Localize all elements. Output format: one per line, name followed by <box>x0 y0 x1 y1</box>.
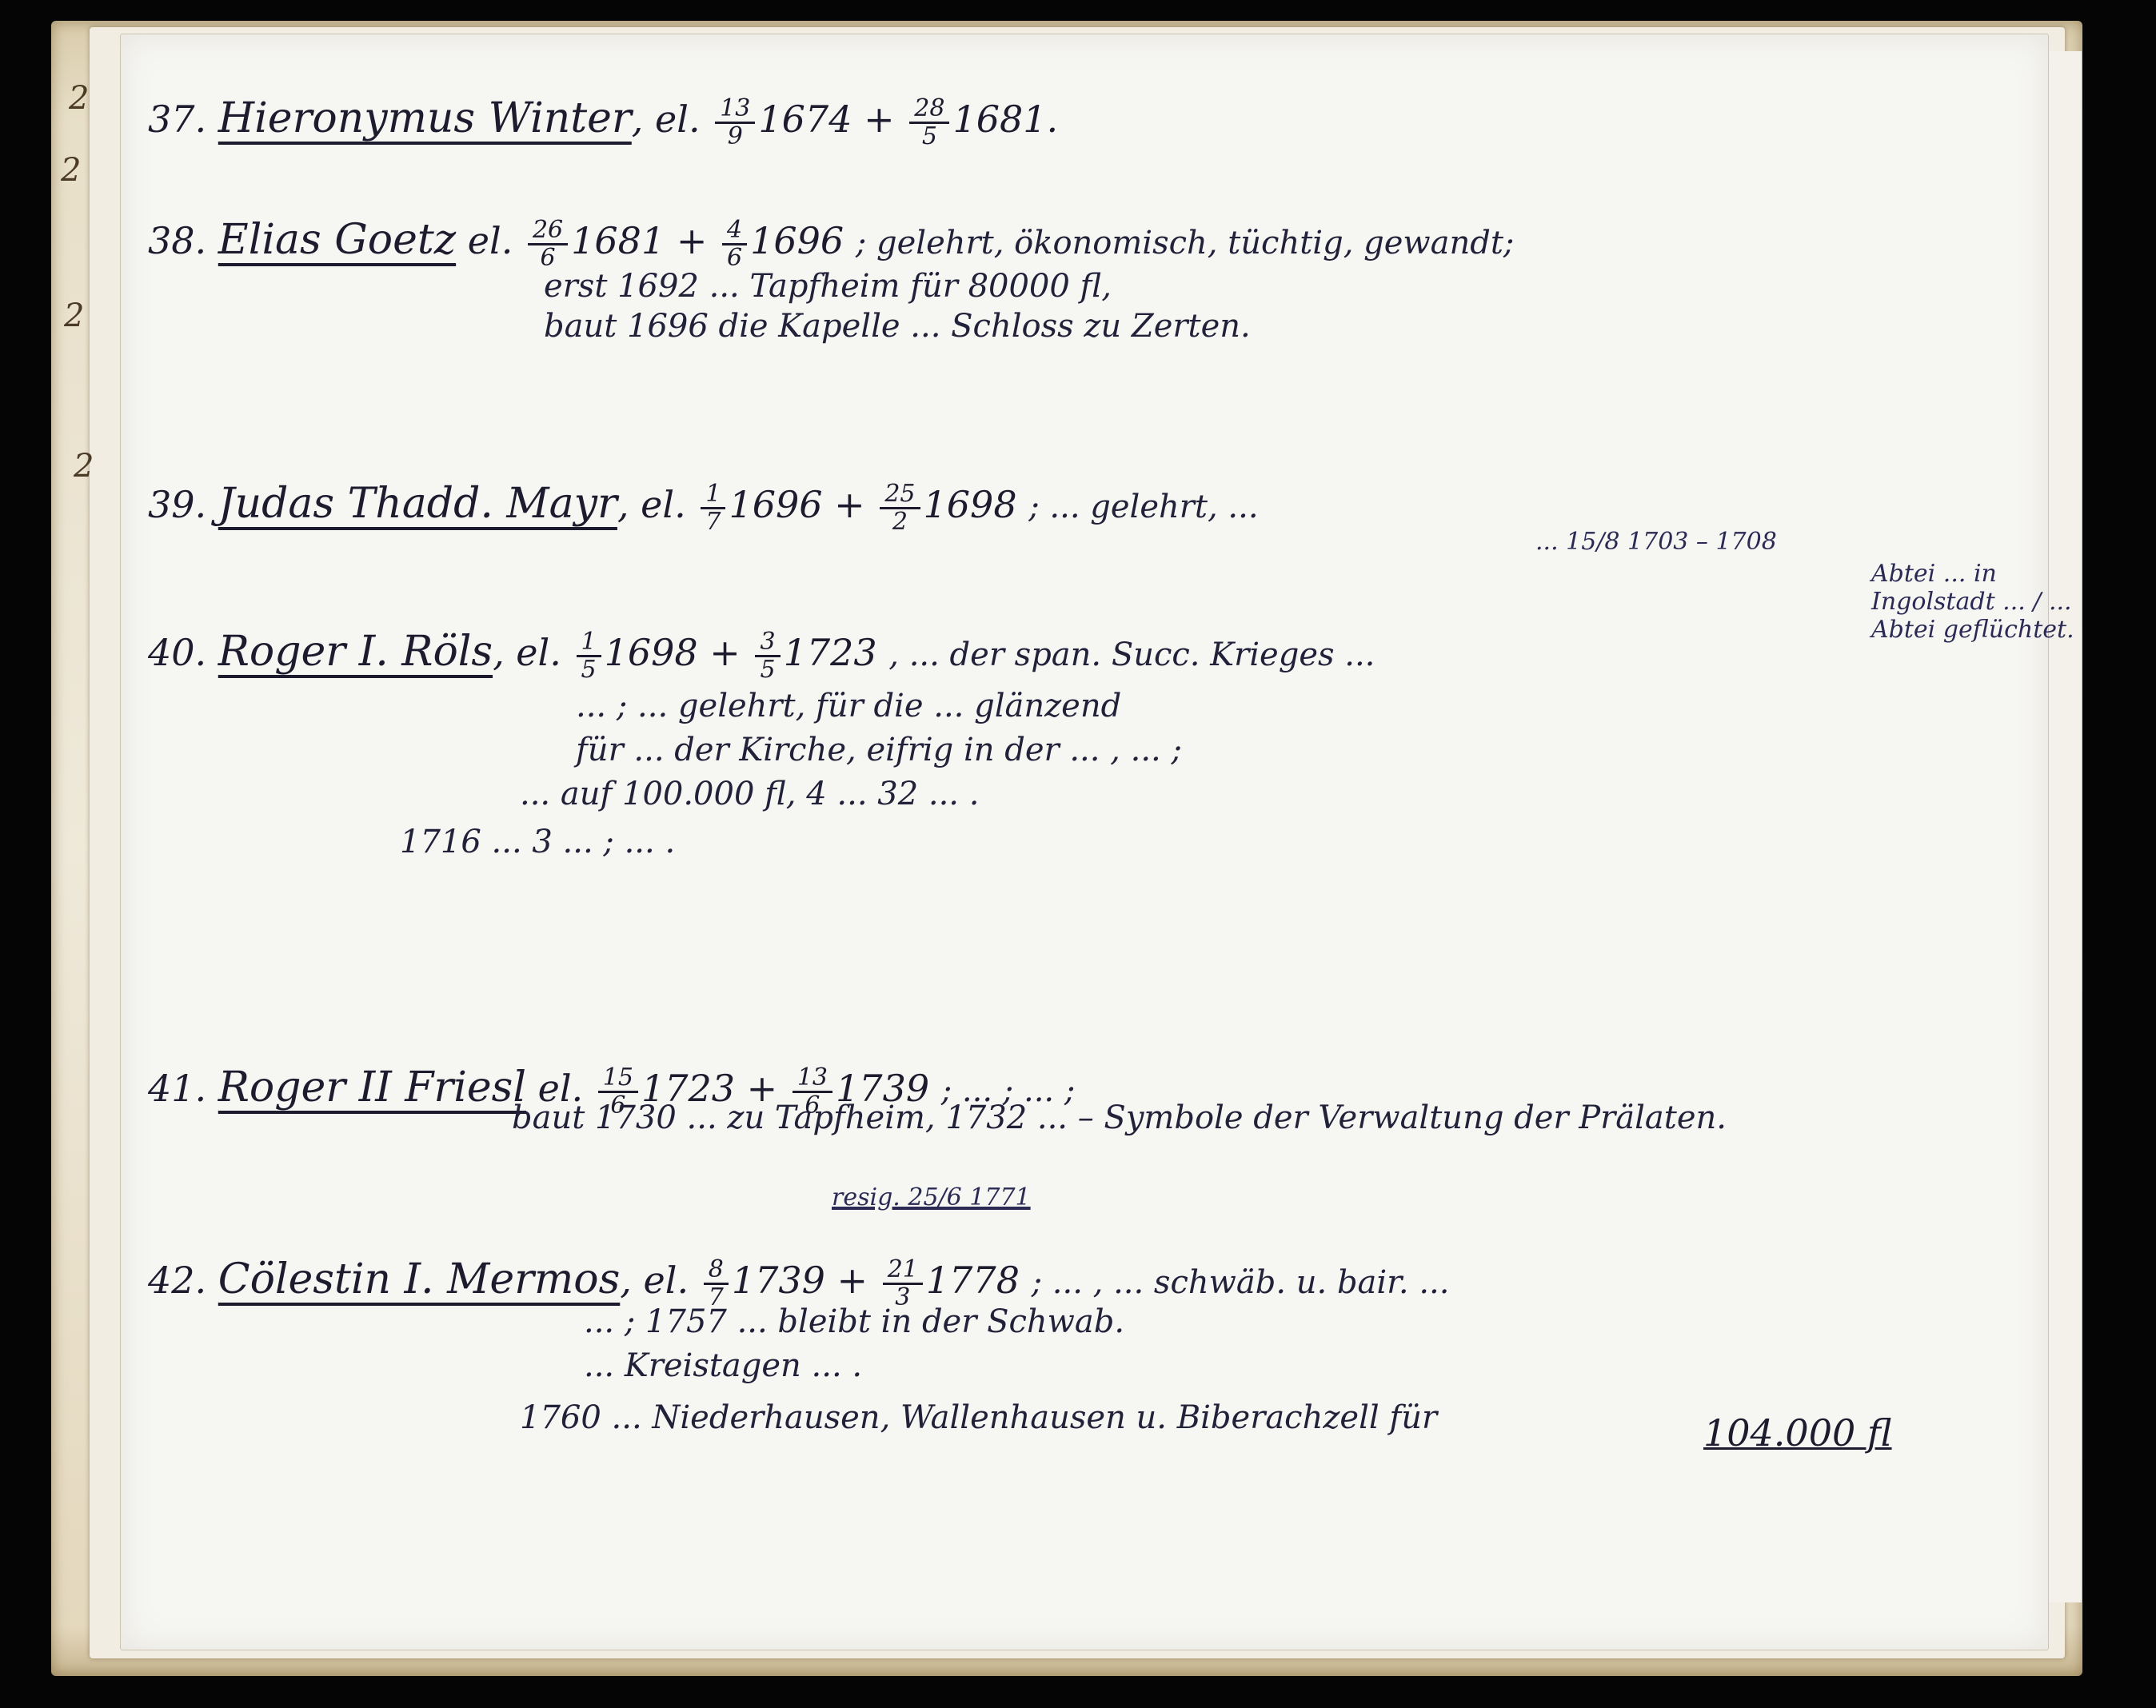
entry-38-line: erst 1692 ... Tapfheim für 80000 fl, <box>544 268 1112 305</box>
entry-38-line: baut 1696 die Kapelle ... Schloss zu Zer… <box>544 308 1251 345</box>
entry-42-note-above: resig. 25/6 1771 <box>832 1183 1031 1211</box>
entry-42: 42. Cölestin I. Mermos, el. 871739 + 213… <box>148 1255 1449 1311</box>
entry-name: Hieronymus Winter <box>218 94 632 142</box>
entry-name: Elias Goetz <box>218 216 456 264</box>
entry-40-line: für ... der Kirche, eifrig in der ... , … <box>576 732 1182 768</box>
death-date: 285 <box>909 96 949 150</box>
entry-name: Roger II Friesl <box>218 1064 526 1111</box>
margin-mark: 2 <box>64 297 84 334</box>
entry-39: 39. Judas Thadd. Mayr, el. 171696 + 2521… <box>148 480 1259 535</box>
entry-40-line: ... auf 100.000 fl, 4 ... 32 ... . <box>520 776 979 812</box>
entry-42-line: 1760 ... Niederhausen, Wallenhausen u. B… <box>520 1399 1437 1436</box>
entry-42-line: ... Kreistagen ... . <box>584 1347 862 1384</box>
entry-40: 40. Roger I. Röls, el. 151698 + 351723 ,… <box>148 628 1375 683</box>
margin-mark: 2 <box>61 152 81 189</box>
margin-mark: 2 <box>69 80 89 117</box>
entry-name: Cölestin I. Mermos <box>218 1255 621 1303</box>
margin-mark: 2 <box>74 448 94 485</box>
entry-name: Judas Thadd. Mayr <box>218 480 617 528</box>
entry-38: 38. Elias Goetz el. 2661681 + 461696 ; g… <box>148 216 1514 271</box>
entry-name: Roger I. Röls <box>218 628 493 676</box>
entry-40-note-above: ... 15/8 1703 – 1708 <box>1535 528 1777 556</box>
entry-40-line: ... ; ... gelehrt, für die ... glänzend <box>576 688 1121 724</box>
entry-37: 37. Hieronymus Winter, el. 1391674 + 285… <box>148 94 1058 150</box>
entry-40-margin-note: Abtei ... in Ingolstadt ... / ... Abtei … <box>1871 560 2079 644</box>
entry-41-line: baut 1730 ... zu Tapfheim, 1732 ... – Sy… <box>512 1099 1727 1136</box>
entry-42-amount: 104.000 fl <box>1703 1411 1892 1455</box>
entry-42-line: ... ; 1757 ... bleibt in der Schwab. <box>584 1303 1124 1340</box>
entry-40-line: 1716 ... 3 ... ; ... . <box>400 824 675 860</box>
elected-date: 139 <box>715 96 755 150</box>
